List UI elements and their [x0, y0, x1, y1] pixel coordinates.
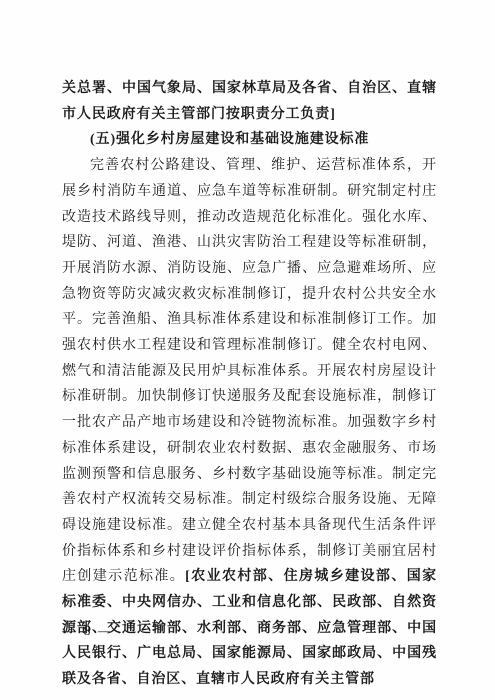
document-page: 关总署、中国气象局、国家林草局及各省、自治区、直辖市人民政府有关主管部门按职责分… [0, 0, 495, 700]
responsibility-bracket-text: [农业农村部、住房城乡建设部、国家标准委、中央网信办、工业和信息化部、民政部、自… [62, 569, 437, 687]
paragraph-body-text: 完善农村公路建设、管理、维护、运营标准体系，开展乡村消防车通道、应急车道等标准研… [62, 158, 437, 584]
paragraph-body: 完善农村公路建设、管理、维护、运营标准体系，开展乡村消防车通道、应急车道等标准研… [62, 153, 437, 693]
section-heading: (五)强化乡村房屋建设和基础设施建设标准 [62, 127, 437, 153]
text-block: 关总署、中国气象局、国家林草局及各省、自治区、直辖市人民政府有关主管部门按职责分… [62, 76, 437, 693]
page-number: — 8 — [62, 624, 114, 640]
paragraph-responsibility-continuation: 关总署、中国气象局、国家林草局及各省、自治区、直辖市人民政府有关主管部门按职责分… [62, 76, 437, 127]
